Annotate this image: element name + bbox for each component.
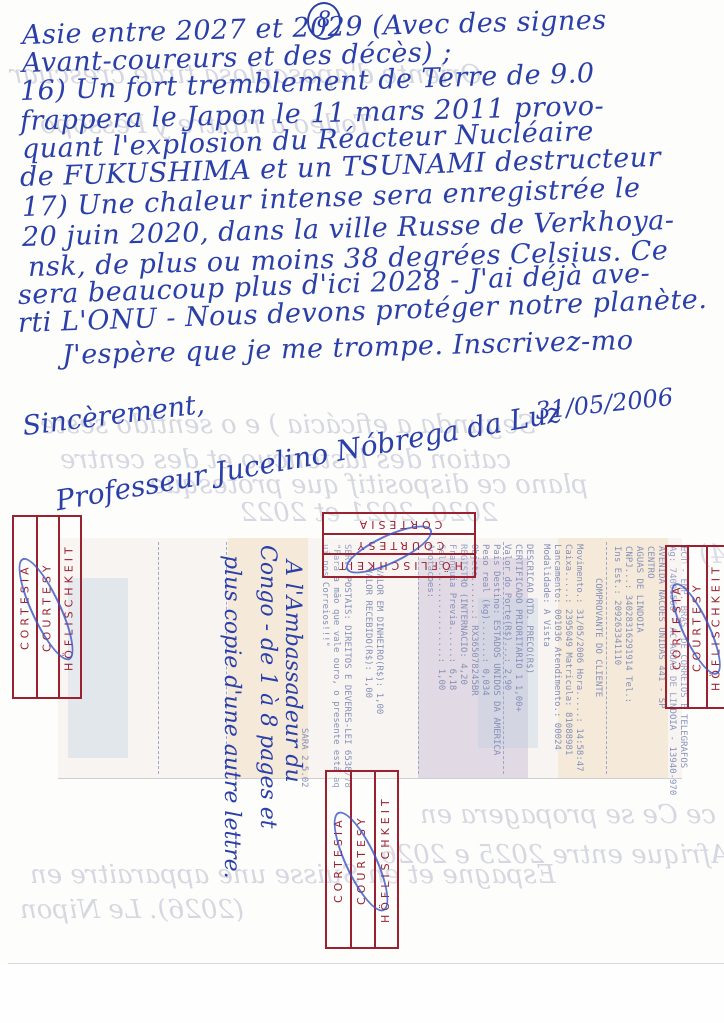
receipt-meta-line: Lancamento: 001036 Atendimento.: 00024: [552, 544, 562, 750]
receipt-meta-line: Caixa.....: 2395049 Matricula: 81088981: [563, 544, 573, 755]
courtesy-stamp: CORTESIACOURTESYHÖFLISCHKEIT: [325, 770, 399, 949]
receipt-header-line: CNPJ...: 34028316291914 Tel.:: [623, 546, 633, 703]
receipt-header-line: Ins Est.: 209263341110: [612, 546, 622, 665]
receipt-divider: [503, 542, 505, 774]
handwritten-note-line: Congo - de 1 à 8 pages et: [255, 545, 280, 829]
receipt-item-line: Peso real (kg).......: 0,034: [480, 544, 490, 696]
bleed-through-line: Espagne et en Suisse une apparaitre en: [30, 860, 556, 890]
handwritten-note-line: plus copie d'une autre lettre.: [219, 555, 244, 879]
receipt-total-line: VALOR RECEBIDO(R$): 1,00: [363, 568, 373, 698]
receipt-footer-line: SERV. POSTAIS: DIREITOS E DEVERES-LEI 65…: [342, 544, 352, 788]
receipt-divider: [158, 542, 160, 774]
letter-page: Oriente d'aposaplosa tirae crescuarToile…: [0, 0, 724, 966]
courtesy-stamp: CORTESIACOURTESYHÖFLISCHKEIT: [12, 515, 82, 699]
courtesy-stamp: CORTESIACOURTESYHÖFLISCHKEIT: [665, 545, 724, 709]
receipt-header-line: CENTRO: [645, 546, 655, 579]
receipt-meta-line: Modalidade: A Vista: [541, 544, 551, 647]
bleed-through-line: (2026). Le Nipon: [20, 895, 244, 925]
courtesy-stamp: HÖFLISCHKEITCOURTESYCORTESIA: [322, 512, 476, 578]
receipt-total-line: VALOR EM DINHEIRO(R$): 1,00: [374, 568, 384, 714]
receipt-title: COMPROVANTE DO CLIENTE: [593, 578, 603, 697]
receipt-item-line: CERTIFICADO PRIORITARIO 1 1,00+: [513, 544, 523, 712]
receipt-table-header: DESCRICAO QTD. PRECO(R$): [524, 544, 534, 674]
receipt-divider: [606, 542, 608, 774]
receipt-meta-line: Movimento.: 31/05/2006 Hora.....: 14:58:…: [574, 544, 584, 772]
page-edge: [8, 963, 724, 964]
handwritten-note-line: A l'Ambassadeur du: [280, 560, 305, 783]
bleed-through-line: Republique ce Ce se propagera en: [420, 800, 724, 830]
receipt-item-line: Pais Destino: ESTADOS UNIDOS DA AMERICA: [491, 544, 501, 755]
receipt-header-line: AGUAS DE LINDOIA: [634, 546, 644, 633]
receipt-footer-line: "Para a mão que vale ouro, o presente es…: [331, 544, 341, 788]
